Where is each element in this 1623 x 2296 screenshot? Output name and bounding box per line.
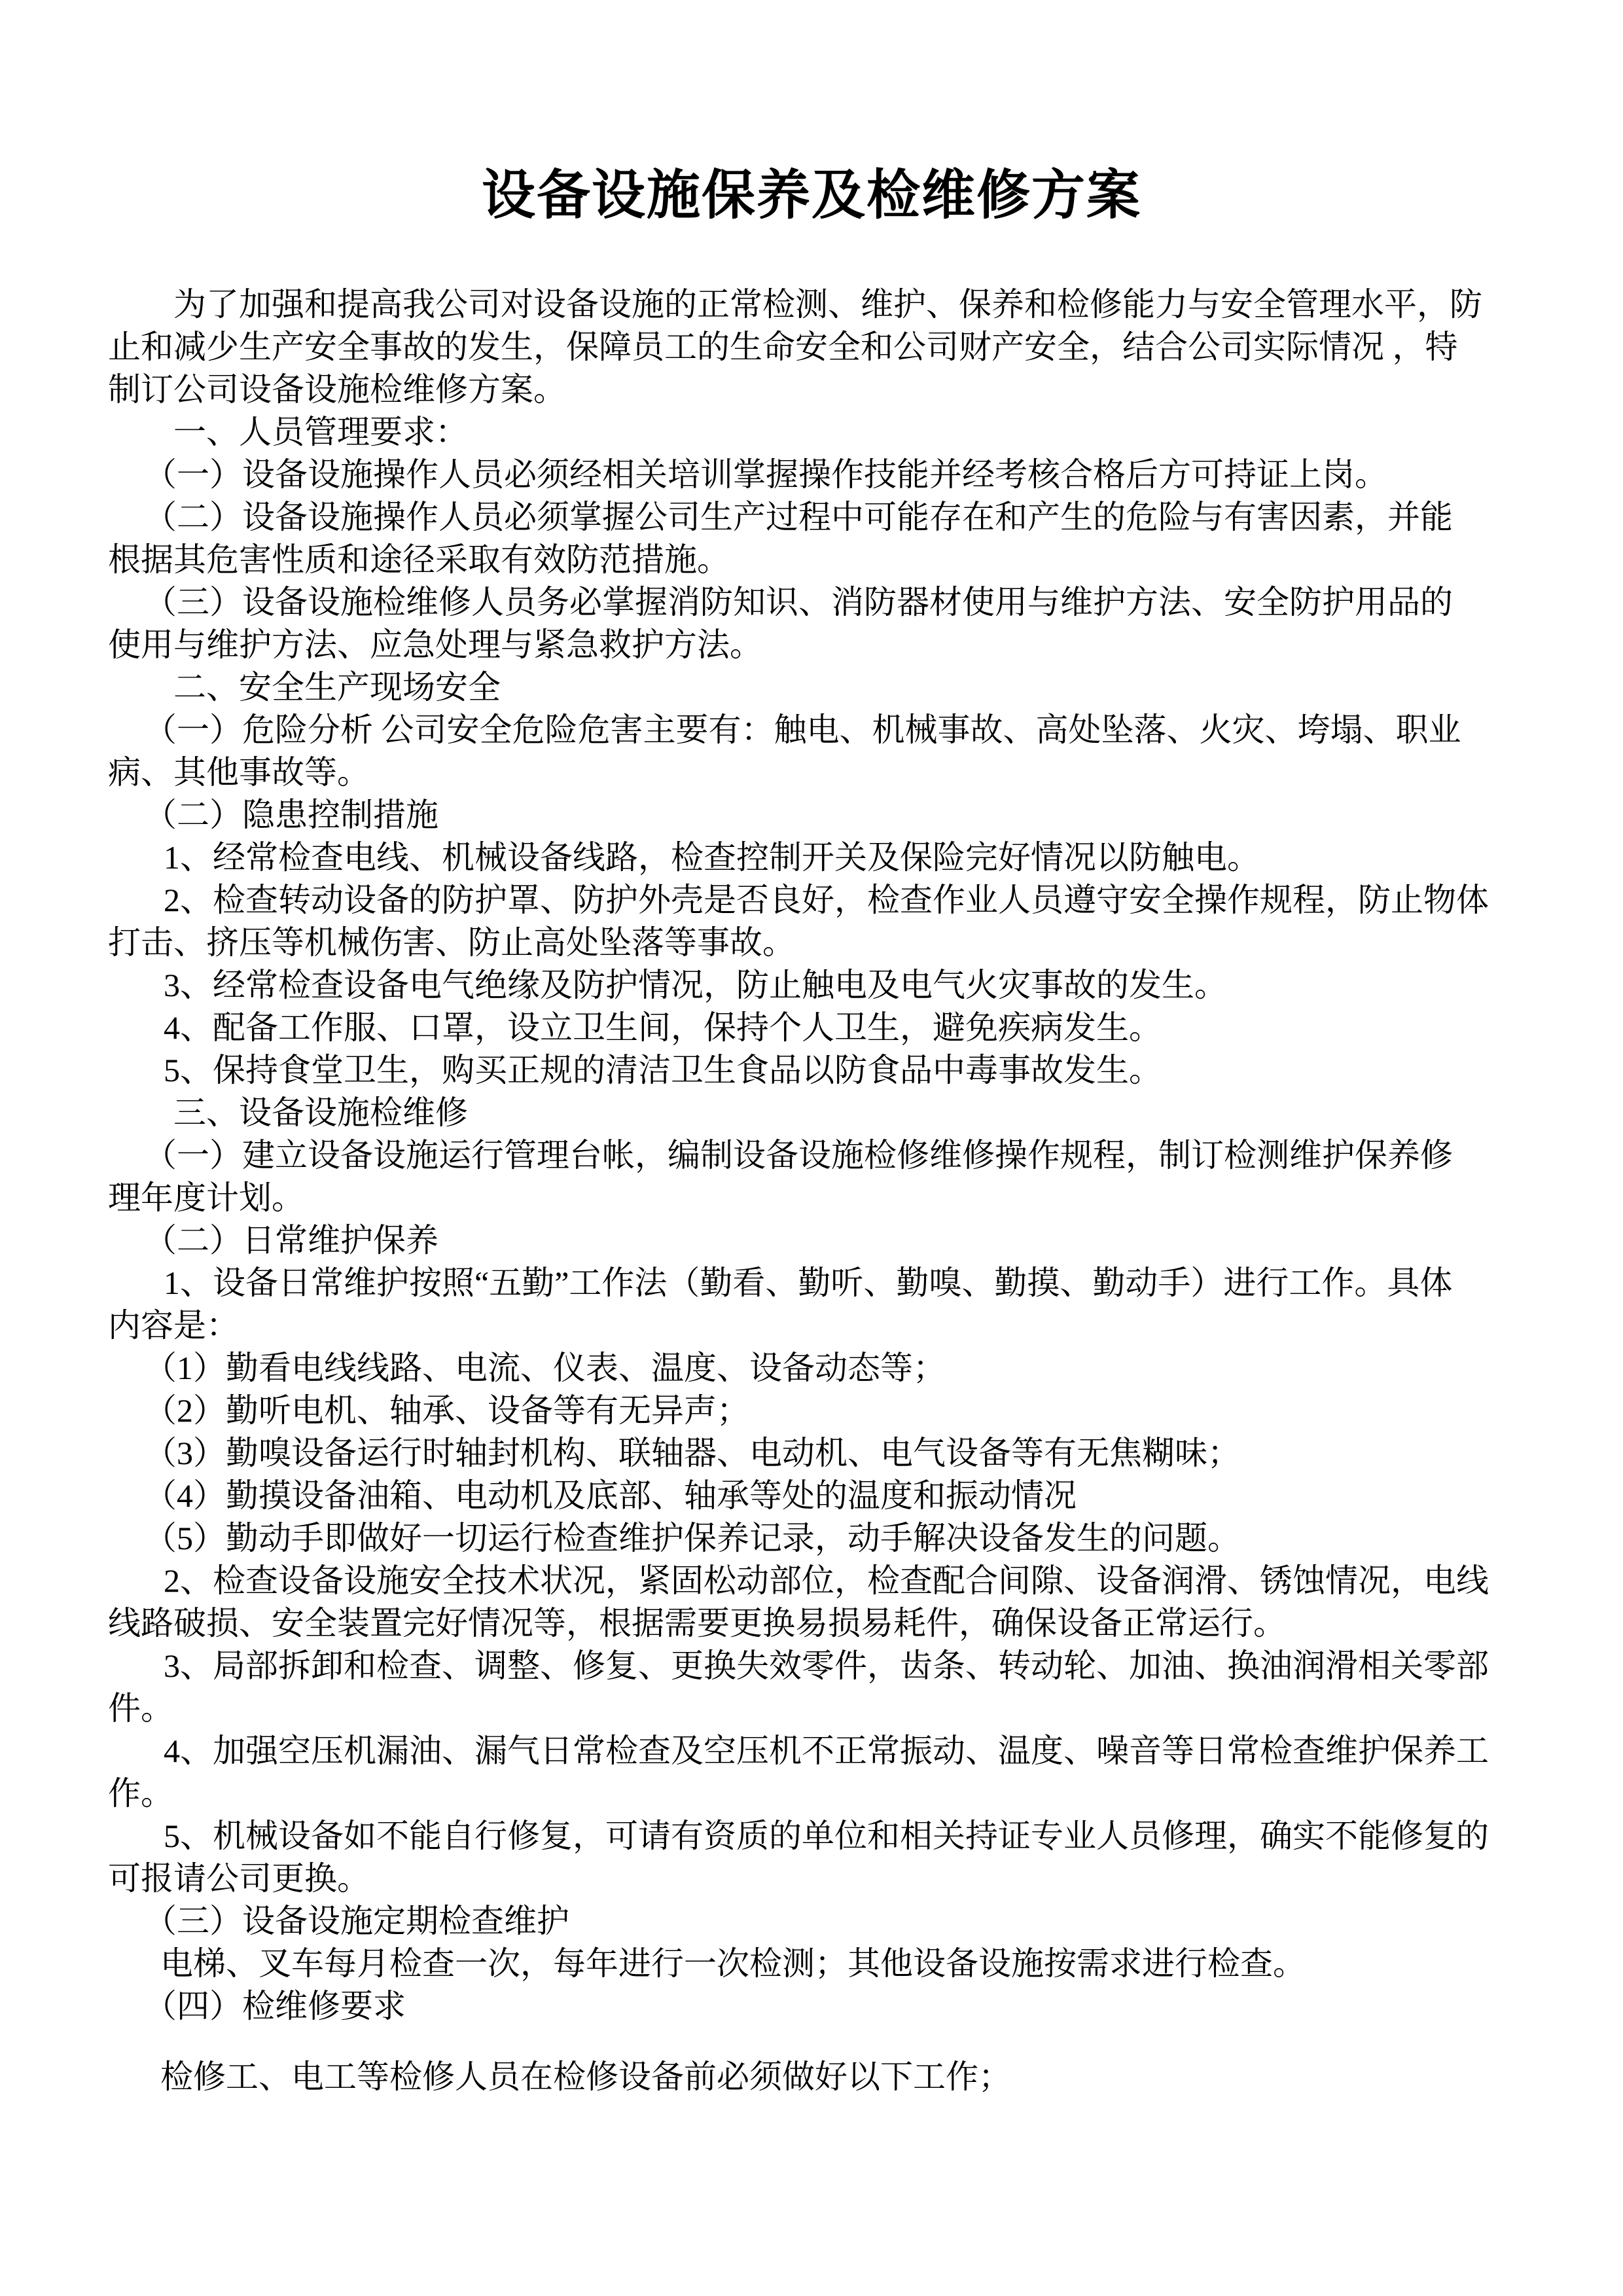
- text-line: （一）建立设备设施运行管理台帐，编制设备设施检修维修操作规程，制订检测维护保养修: [108, 1134, 1561, 1177]
- text-line: 可报请公司更换。: [108, 1857, 1561, 1900]
- text-line: 3、经常检查设备电气绝缘及防护情况，防止触电及电气火灾事故的发生。: [108, 964, 1561, 1007]
- text-line: （二）设备设施操作人员必须掌握公司生产过程中可能存在和产生的危险与有害因素，并能: [108, 496, 1561, 539]
- text-line: 件。: [108, 1687, 1561, 1730]
- text-line: （三）设备设施定期检查维护: [108, 1900, 1561, 1943]
- text-line: （一）设备设施操作人员必须经相关培训掌握操作技能并经考核合格后方可持证上岗。: [108, 454, 1561, 496]
- text-line: 止和减少生产安全事故的发生，保障员工的生命安全和公司财产安全，结合公司实际情况 …: [108, 326, 1561, 368]
- text-line: （3）勤嗅设备运行时轴封机构、联轴器、电动机、电气设备等有无焦糊味；: [108, 1432, 1561, 1475]
- text-line: （5）勤动手即做好一切运行检查维护保养记录，动手解决设备发生的问题。: [108, 1517, 1561, 1560]
- text-line: （1）勤看电线线路、电流、仪表、温度、设备动态等；: [108, 1347, 1561, 1390]
- text-line: 二、安全生产现场安全: [108, 666, 1561, 709]
- text-line: 一、人员管理要求：: [108, 411, 1561, 454]
- text-line: 电梯、叉车每月检查一次，每年进行一次检测；其他设备设施按需求进行检查。: [108, 1943, 1561, 1985]
- blank-line: [108, 2028, 1561, 2056]
- text-line: 5、机械设备如不能自行修复，可请有资质的单位和相关持证专业人员修理，确实不能修复…: [108, 1815, 1561, 1857]
- document-title: 设备设施保养及检维修方案: [0, 165, 1623, 226]
- text-line: 内容是：: [108, 1304, 1561, 1347]
- text-line: 1、经常检查电线、机械设备线路，检查控制开关及保险完好情况以防触电。: [108, 836, 1561, 879]
- text-line: （一）危险分析 公司安全危险危害主要有：触电、机械事故、高处坠落、火灾、垮塌、职…: [108, 709, 1561, 751]
- text-line: 为了加强和提高我公司对设备设施的正常检测、维护、保养和检修能力与安全管理水平，防: [108, 283, 1561, 326]
- text-line: 4、配备工作服、口罩，设立卫生间，保持个人卫生，避免疾病发生。: [108, 1007, 1561, 1049]
- document-body: 为了加强和提高我公司对设备设施的正常检测、维护、保养和检修能力与安全管理水平，防…: [108, 283, 1561, 2098]
- text-line: （2）勤听电机、轴承、设备等有无异声；: [108, 1390, 1561, 1432]
- text-line: 根据其危害性质和途径采取有效防范措施。: [108, 539, 1561, 581]
- document-page: 设备设施保养及检维修方案 为了加强和提高我公司对设备设施的正常检测、维护、保养和…: [0, 0, 1623, 2296]
- text-line: （二）隐患控制措施: [108, 794, 1561, 836]
- text-line: 制订公司设备设施检维修方案。: [108, 368, 1561, 411]
- text-line: （三）设备设施检维修人员务必掌握消防知识、消防器材使用与维护方法、安全防护用品的: [108, 581, 1561, 624]
- text-line: 5、保持食堂卫生，购买正规的清洁卫生食品以防食品中毒事故发生。: [108, 1049, 1561, 1092]
- text-line: 1、设备日常维护按照“五勤”工作法（勤看、勤听、勤嗅、勤摸、勤动手）进行工作。具…: [108, 1262, 1561, 1304]
- text-line: 三、设备设施检维修: [108, 1092, 1561, 1134]
- text-line: 打击、挤压等机械伤害、防止高处坠落等事故。: [108, 922, 1561, 964]
- text-line: 4、加强空压机漏油、漏气日常检查及空压机不正常振动、温度、噪音等日常检查维护保养…: [108, 1730, 1561, 1772]
- text-line: 2、检查转动设备的防护罩、防护外壳是否良好，检查作业人员遵守安全操作规程，防止物…: [108, 879, 1561, 922]
- text-line: 病、其他事故等。: [108, 751, 1561, 794]
- text-line: （二）日常维护保养: [108, 1219, 1561, 1262]
- text-line: （四）检维修要求: [108, 1985, 1561, 2028]
- text-line: 2、检查设备设施安全技术状况，紧固松动部位，检查配合间隙、设备润滑、锈蚀情况，电…: [108, 1560, 1561, 1602]
- text-line: 作。: [108, 1772, 1561, 1815]
- text-line: 理年度计划。: [108, 1177, 1561, 1219]
- text-line: 检修工、电工等检修人员在检修设备前必须做好以下工作；: [108, 2056, 1561, 2098]
- text-line: （4）勤摸设备油箱、电动机及底部、轴承等处的温度和振动情况: [108, 1475, 1561, 1517]
- text-line: 3、局部拆卸和检查、调整、修复、更换失效零件，齿条、转动轮、加油、换油润滑相关零…: [108, 1645, 1561, 1687]
- text-line: 线路破损、安全装置完好情况等，根据需要更换易损易耗件，确保设备正常运行。: [108, 1602, 1561, 1645]
- text-line: 使用与维护方法、应急处理与紧急救护方法。: [108, 624, 1561, 666]
